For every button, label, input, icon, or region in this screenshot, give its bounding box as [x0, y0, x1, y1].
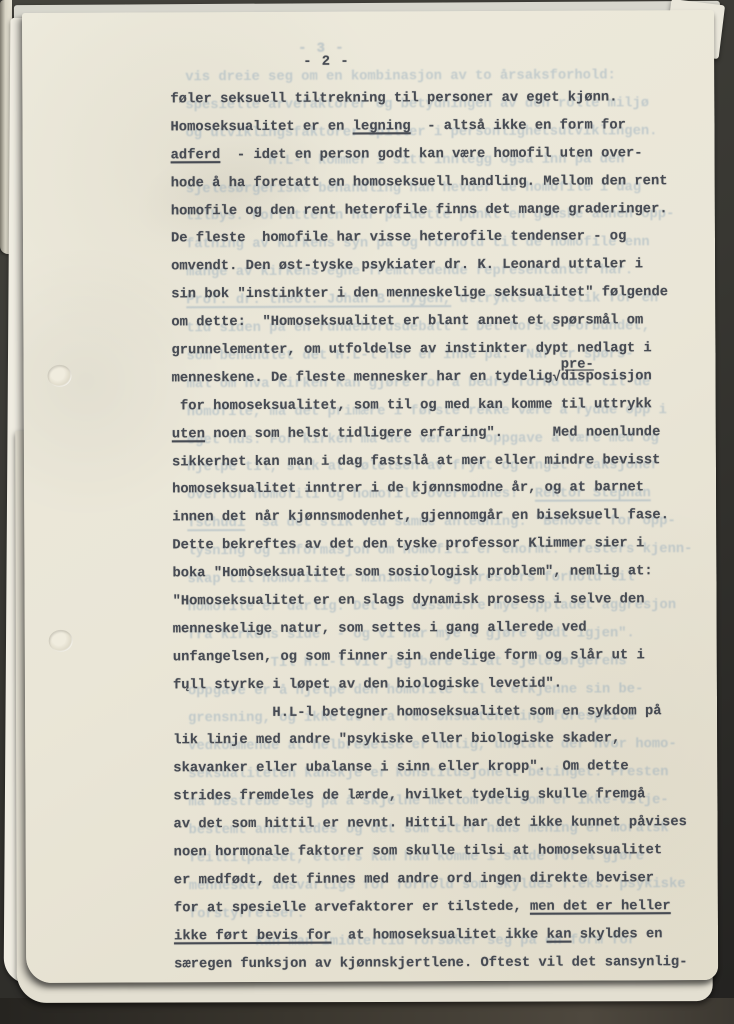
- text-line: hode å ha foretatt en homoseksuell handl…: [171, 168, 684, 198]
- text-line: noen hormonale faktorer som skulle tilsi…: [174, 837, 687, 867]
- text-line: "Homoseksualitet er en slags dynamisk pr…: [173, 586, 686, 616]
- punch-hole-top: [48, 365, 72, 387]
- text-line: De fleste homofile har visse heterofile …: [171, 224, 684, 254]
- text-line: homofile og den rent heterofile finns de…: [171, 196, 684, 226]
- text-line: for homoseksualitet, som til og med kan …: [172, 391, 685, 421]
- text-line: menneskelige natur, som settes i gang al…: [173, 614, 686, 644]
- document-page: - 3 - - 2 - vis dreie seg om en kombinas…: [22, 10, 718, 983]
- typewritten-lines: føler seksuell tiltrekning til personer …: [170, 84, 687, 979]
- text-line: for at spesielle arvefaktorer er tilsted…: [174, 893, 687, 923]
- text-line: innen det når kjønnsmodenhet, gjennomgår…: [172, 502, 685, 532]
- text-line: sin bok "instinkter i den menneskelige s…: [171, 279, 684, 309]
- text-line: sikkerhet kan man i dag fastslå at mer e…: [172, 447, 685, 477]
- text-line: homoseksualitet inntrer i de kjønnsmodne…: [172, 475, 685, 505]
- text-line: Dette bekreftes av det den tyske profess…: [172, 530, 685, 560]
- text-line: ikke ført bevis for at homoseksualitet i…: [174, 921, 687, 951]
- text-line: boka "Homòseksualitet som sosiologisk pr…: [172, 558, 685, 588]
- text-line: om dette: "Homoseksualitet er blant anne…: [171, 307, 684, 337]
- text-line: adferd - idet en person godt kan være ho…: [171, 140, 684, 170]
- text-line: Homoseksualitet er en legning - altså ik…: [170, 112, 683, 142]
- text-line: strides fremdeles de lærde, hvilket tyde…: [173, 781, 686, 811]
- text-line: av det som hittil er nevnt. Hittil har d…: [173, 809, 686, 839]
- text-line: menneskene. De fleste mennesker har en t…: [172, 363, 685, 393]
- photo-background: - 3 - - 2 - vis dreie seg om en kombinas…: [0, 0, 734, 1024]
- text-line: føler seksuell tiltrekning til personer …: [170, 84, 683, 114]
- text-line: grunnelementer, om utfoldelse av instink…: [171, 335, 684, 365]
- text-line: særegen funksjon av kjønnskjertlene. Oft…: [174, 949, 687, 979]
- text-line: lik linje med andre "psykiske eller biol…: [173, 726, 686, 756]
- text-line: uten noen som helst tidligere erfaring".…: [172, 419, 685, 449]
- text-line: skavanker eller ubalanse i sinn eller kr…: [173, 753, 686, 783]
- text-line: er medfødt, det finnes med andre ord ing…: [174, 865, 687, 895]
- text-line: H.L-l betegner homoseksualitet som en sy…: [173, 698, 686, 728]
- text-line: omvendt. Den øst-tyske psykiater dr. K. …: [171, 251, 684, 281]
- punch-hole-bottom: [49, 630, 73, 652]
- text-line: fųll styrke i løpet av den biologiske le…: [173, 670, 686, 700]
- text-line: unfangelsen, og som finner sin endelige …: [173, 642, 686, 672]
